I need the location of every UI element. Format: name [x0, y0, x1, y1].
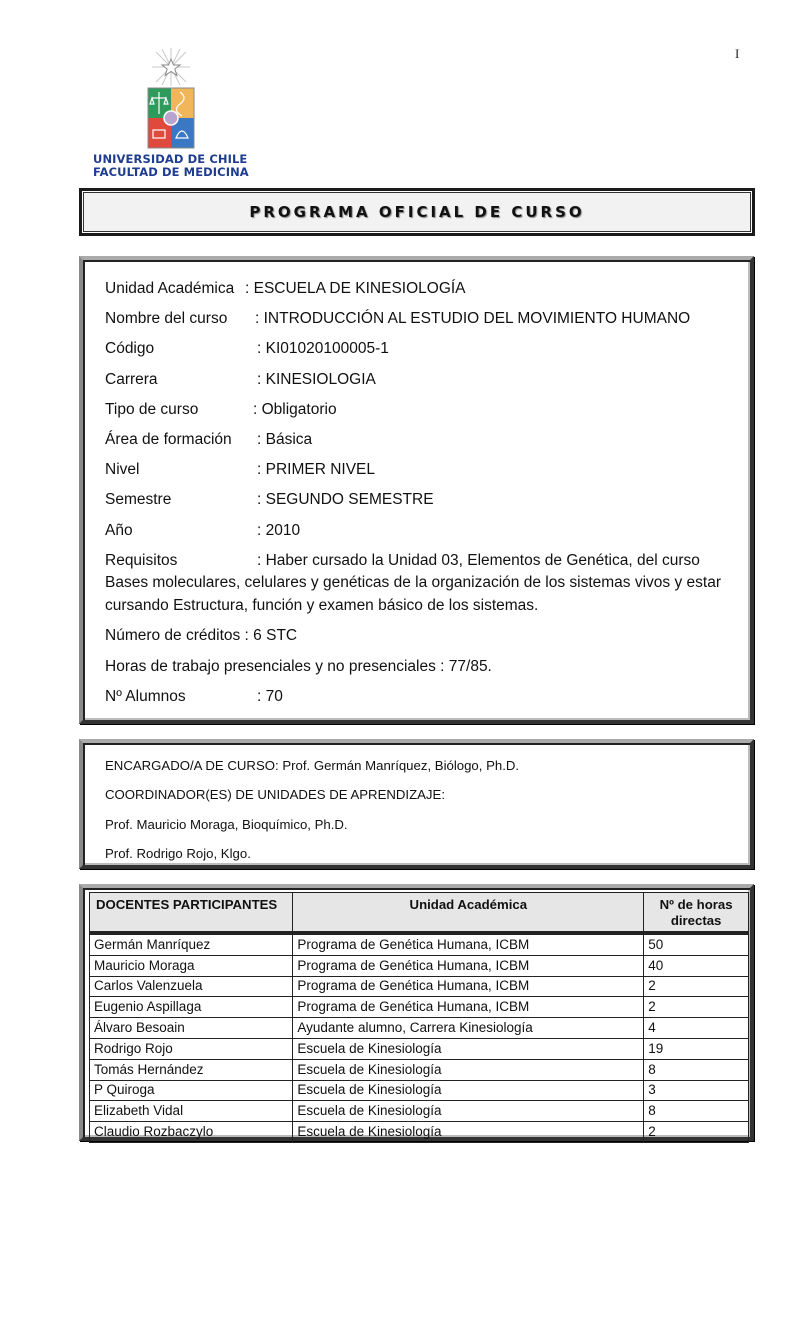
- field-carrera: Carrera : KINESIOLOGIA: [105, 365, 750, 395]
- header-docentes: DOCENTES PARTICIPANTES: [90, 893, 293, 934]
- teacher-name: Elizabeth Vidal: [90, 1101, 293, 1122]
- course-staff-box: ENCARGADO/A DE CURSO: Prof. Germán Manrí…: [79, 739, 754, 869]
- table-row: Germán ManríquezPrograma de Genética Hum…: [90, 933, 749, 955]
- teacher-unit: Escuela de Kinesiología: [293, 1122, 644, 1143]
- teacher-hours: 2: [644, 1122, 749, 1143]
- horas-text: Horas de trabajo presenciales y no prese…: [105, 658, 492, 675]
- teacher-unit: Programa de Genética Humana, ICBM: [293, 933, 644, 955]
- page-number: I: [735, 46, 739, 62]
- course-info-box: Unidad Académica : ESCUELA DE KINESIOLOG…: [79, 256, 754, 724]
- teacher-hours: 40: [644, 955, 749, 976]
- field-label: Carrera: [105, 365, 158, 395]
- document-title-box: PROGRAMA OFICIAL DE CURSO: [79, 188, 755, 236]
- teacher-name: Rodrigo Rojo: [90, 1038, 293, 1059]
- field-unidad-academica: Unidad Académica : ESCUELA DE KINESIOLOG…: [105, 274, 750, 304]
- field-area-formacion: Área de formación : Básica: [105, 425, 750, 455]
- teacher-unit: Ayudante alumno, Carrera Kinesiología: [293, 1018, 644, 1039]
- field-label: Área de formación: [105, 425, 232, 455]
- field-label: Unidad Académica: [105, 274, 234, 304]
- teacher-unit: Escuela de Kinesiología: [293, 1080, 644, 1101]
- field-codigo: Código : KI01020100005-1: [105, 334, 750, 364]
- course-director: ENCARGADO/A DE CURSO: Prof. Germán Manrí…: [105, 751, 750, 780]
- field-value: : SEGUNDO SEMESTRE: [257, 485, 434, 515]
- table-row: Claudio RozbaczyloEscuela de Kinesiologí…: [90, 1122, 749, 1143]
- field-value: : Obligatorio: [253, 395, 337, 425]
- document-title: PROGRAMA OFICIAL DE CURSO: [249, 203, 584, 221]
- table-row: Carlos ValenzuelaPrograma de Genética Hu…: [90, 976, 749, 997]
- table-row: Eugenio AspillagaPrograma de Genética Hu…: [90, 997, 749, 1018]
- teacher-name: Álvaro Besoain: [90, 1018, 293, 1039]
- teacher-name: Eugenio Aspillaga: [90, 997, 293, 1018]
- field-label: Año: [105, 516, 133, 546]
- field-semestre: Semestre : SEGUNDO SEMESTRE: [105, 485, 750, 515]
- coordinator-item: Prof. Mauricio Moraga, Bioquímico, Ph.D.: [105, 810, 750, 839]
- teacher-unit: Programa de Genética Humana, ICBM: [293, 955, 644, 976]
- field-value: : 2010: [257, 516, 300, 546]
- teacher-name: P Quiroga: [90, 1080, 293, 1101]
- teacher-name: Tomás Hernández: [90, 1059, 293, 1080]
- teachers-table-box: DOCENTES PARTICIPANTES Unidad Académica …: [79, 884, 754, 1141]
- field-label: Nombre del curso: [105, 304, 227, 334]
- teacher-unit: Escuela de Kinesiología: [293, 1059, 644, 1080]
- teacher-unit: Escuela de Kinesiología: [293, 1038, 644, 1059]
- teacher-hours: 3: [644, 1080, 749, 1101]
- field-label: Nº Alumnos: [105, 682, 186, 712]
- table-row: Mauricio MoragaPrograma de Genética Huma…: [90, 955, 749, 976]
- table-header-row: DOCENTES PARTICIPANTES Unidad Académica …: [90, 893, 749, 934]
- creditos-text: Número de créditos : 6 STC: [105, 627, 297, 644]
- field-tipo-curso: Tipo de curso : Obligatorio: [105, 395, 750, 425]
- teacher-name: Mauricio Moraga: [90, 955, 293, 976]
- field-value: : PRIMER NIVEL: [257, 455, 375, 485]
- field-value: : INTRODUCCIÓN AL ESTUDIO DEL MOVIMIENTO…: [255, 304, 690, 334]
- teacher-unit: Programa de Genética Humana, ICBM: [293, 976, 644, 997]
- teachers-table: DOCENTES PARTICIPANTES Unidad Académica …: [89, 892, 749, 1143]
- header-horas: Nº de horas directas: [644, 893, 749, 934]
- table-row: Elizabeth VidalEscuela de Kinesiología8: [90, 1101, 749, 1122]
- faculty-name: FACULTAD DE MEDICINA: [93, 166, 249, 179]
- teacher-hours: 4: [644, 1018, 749, 1039]
- teacher-unit: Programa de Genética Humana, ICBM: [293, 997, 644, 1018]
- field-nombre-curso: Nombre del curso : INTRODUCCIÓN AL ESTUD…: [105, 304, 750, 334]
- field-nivel: Nivel : PRIMER NIVEL: [105, 455, 750, 485]
- teacher-hours: 8: [644, 1059, 749, 1080]
- field-value: : KI01020100005-1: [257, 334, 389, 364]
- field-value: : Básica: [257, 425, 312, 455]
- teacher-name: Carlos Valenzuela: [90, 976, 293, 997]
- coordinators-heading: COORDINADOR(ES) DE UNIDADES DE APRENDIZA…: [105, 780, 750, 809]
- field-creditos: Número de créditos : 6 STC: [105, 621, 750, 651]
- field-label: Tipo de curso: [105, 395, 198, 425]
- field-anio: Año : 2010: [105, 516, 750, 546]
- field-horas: Horas de trabajo presenciales y no prese…: [105, 652, 750, 682]
- table-row: P QuirogaEscuela de Kinesiología3: [90, 1080, 749, 1101]
- header-unidad: Unidad Académica: [293, 893, 644, 934]
- field-value: : KINESIOLOGIA: [257, 365, 376, 395]
- field-label: Requisitos: [105, 550, 257, 573]
- field-value: : ESCUELA DE KINESIOLOGÍA: [245, 274, 466, 304]
- teacher-name: Claudio Rozbaczylo: [90, 1122, 293, 1143]
- teacher-hours: 8: [644, 1101, 749, 1122]
- field-value: : 70: [257, 682, 283, 712]
- teacher-unit: Escuela de Kinesiología: [293, 1101, 644, 1122]
- field-alumnos: Nº Alumnos : 70: [105, 682, 750, 712]
- field-requisitos: Requisitos: Haber cursado la Unidad 03, …: [105, 546, 750, 618]
- teacher-name: Germán Manríquez: [90, 933, 293, 955]
- field-label: Semestre: [105, 485, 171, 515]
- university-crest-icon: [142, 46, 200, 152]
- teacher-hours: 2: [644, 997, 749, 1018]
- coordinator-item: Prof. Rodrigo Rojo, Klgo.: [105, 839, 750, 868]
- field-label: Código: [105, 334, 154, 364]
- teacher-hours: 2: [644, 976, 749, 997]
- teacher-hours: 19: [644, 1038, 749, 1059]
- table-row: Tomás HernándezEscuela de Kinesiología8: [90, 1059, 749, 1080]
- teacher-hours: 50: [644, 933, 749, 955]
- table-row: Álvaro BesoainAyudante alumno, Carrera K…: [90, 1018, 749, 1039]
- university-logo: UNIVERSIDAD DE CHILE FACULTAD DE MEDICIN…: [90, 46, 260, 182]
- table-row: Rodrigo RojoEscuela de Kinesiología19: [90, 1038, 749, 1059]
- field-label: Nivel: [105, 455, 139, 485]
